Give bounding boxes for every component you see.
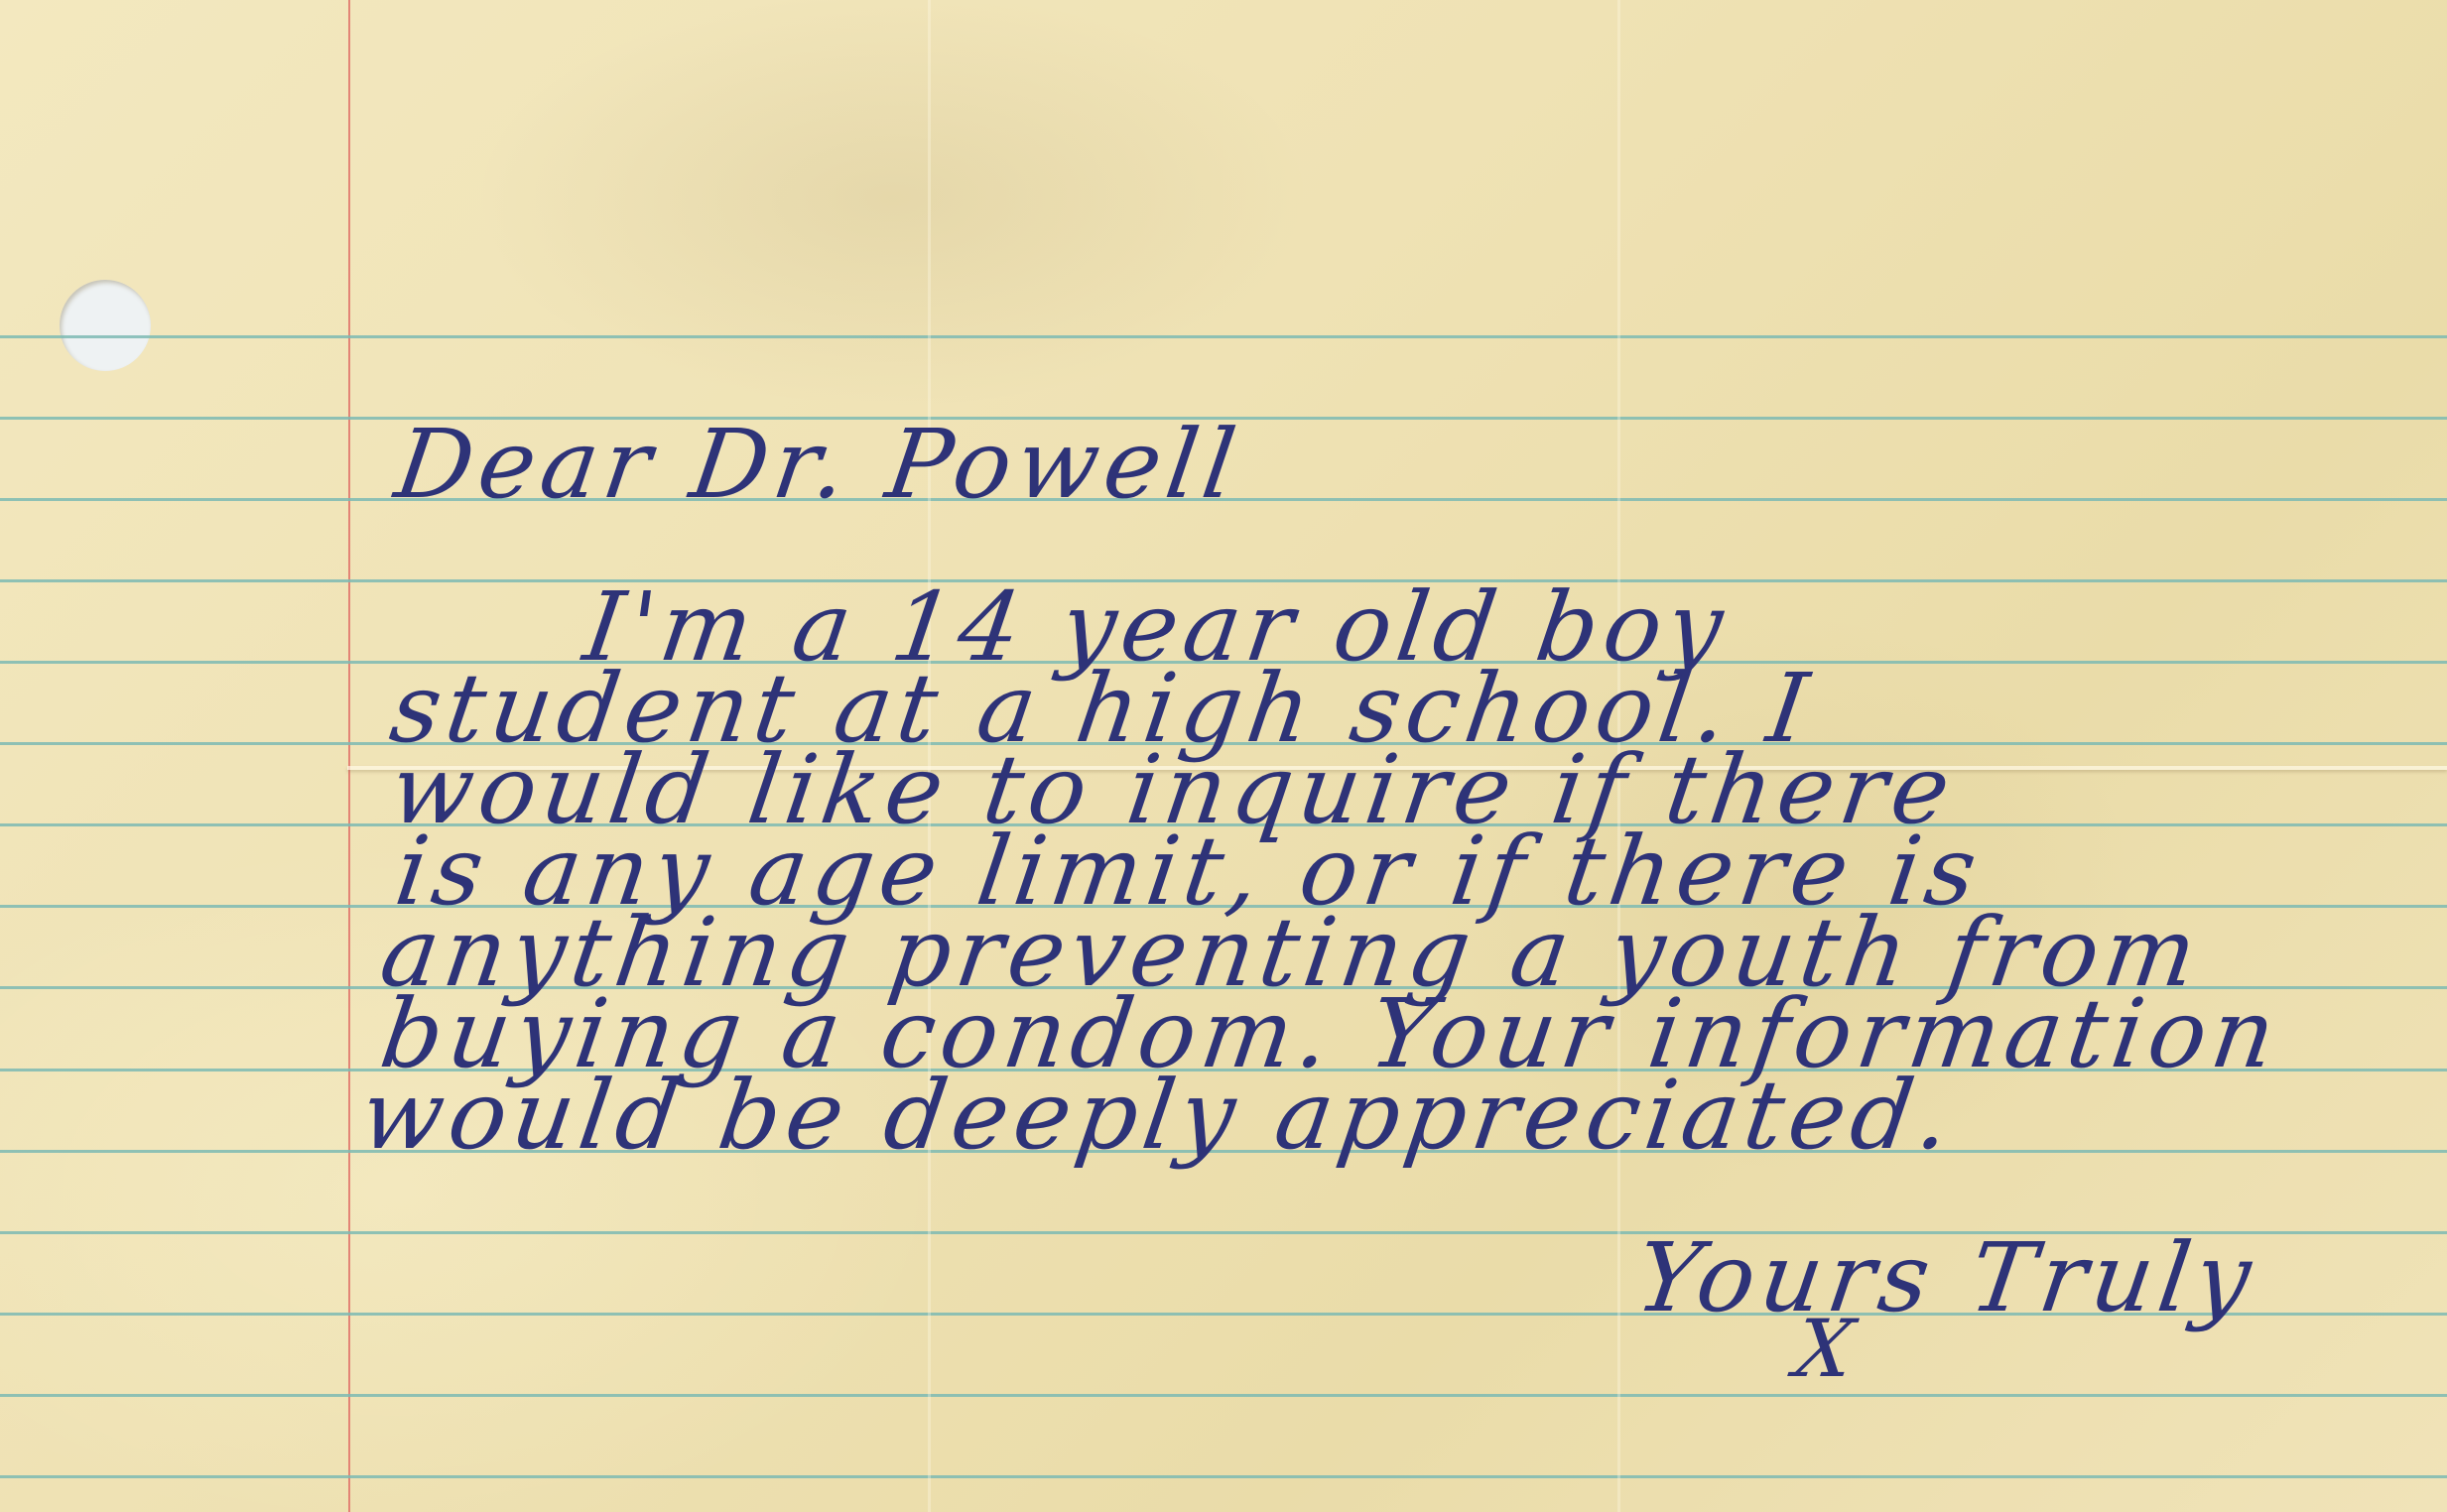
signature: X	[1790, 1310, 1864, 1389]
red-margin-line	[348, 0, 350, 1512]
ruled-line	[0, 1475, 2447, 1478]
ruled-line	[0, 1394, 2447, 1397]
ruled-line	[0, 335, 2447, 338]
ruled-paper: Dear Dr. Powell I'm a 14 year old boy st…	[0, 0, 2447, 1512]
closing: Yours Truly	[1630, 1230, 2262, 1325]
body-line: would be deeply appreciated.	[355, 1068, 1962, 1163]
punch-hole	[60, 280, 151, 371]
salutation: Dear Dr. Powell	[390, 417, 1246, 512]
